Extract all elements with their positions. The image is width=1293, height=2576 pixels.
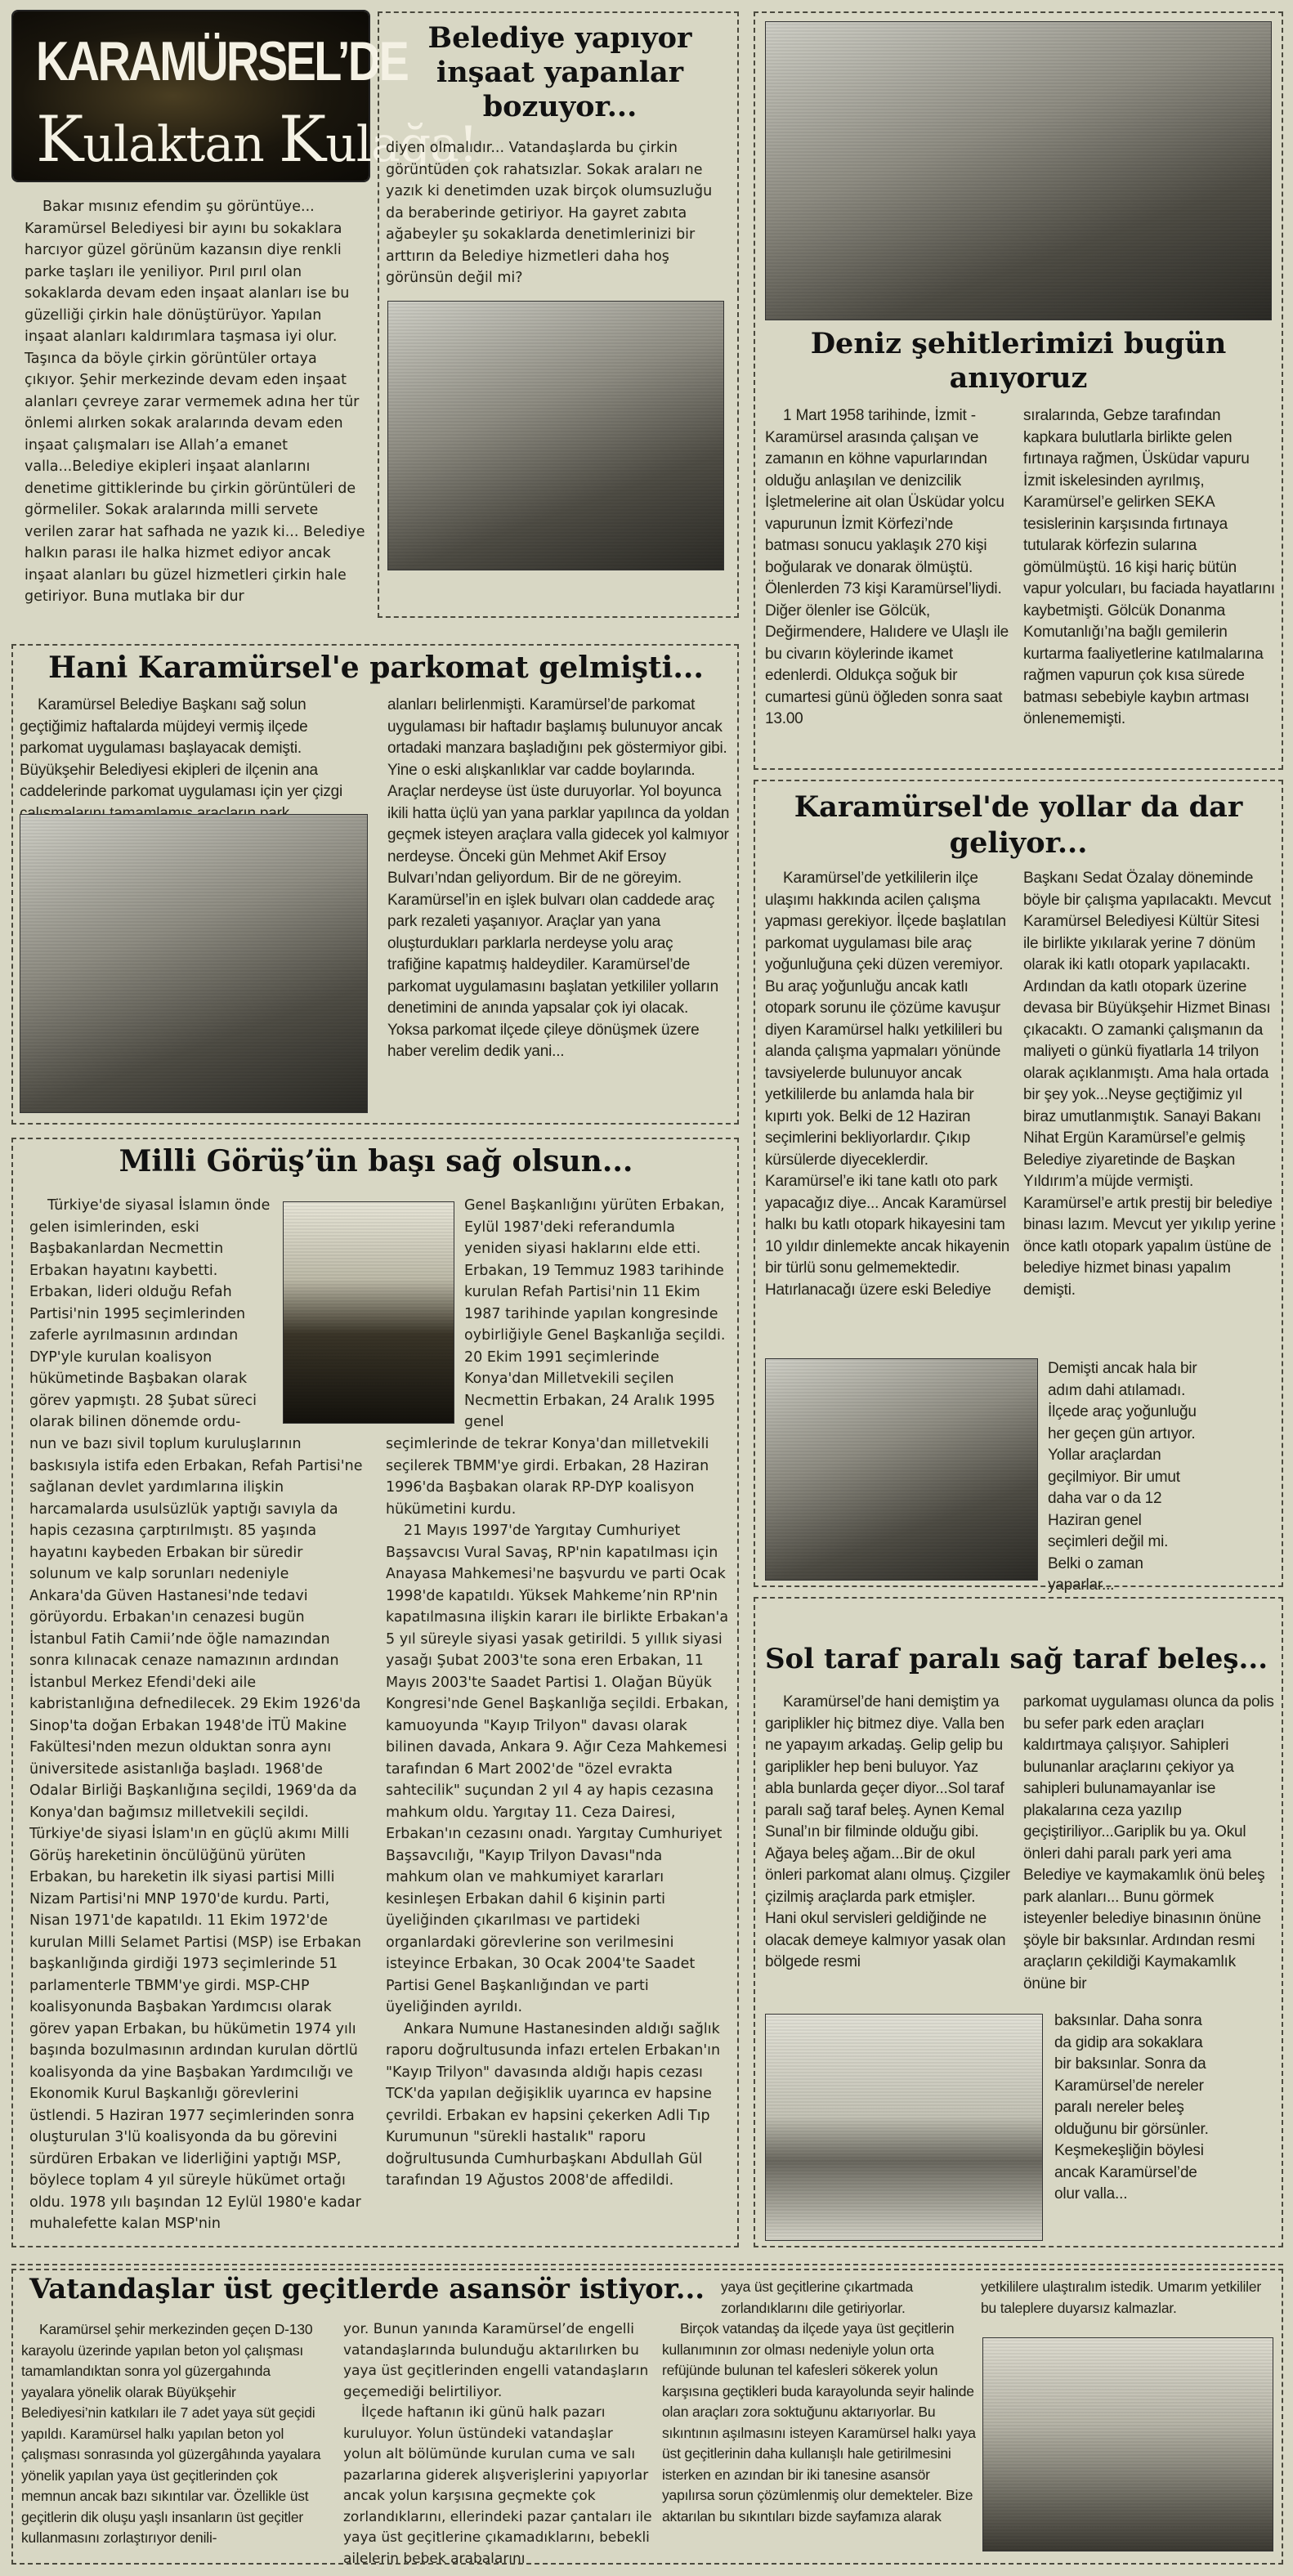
vatandas-col4: yetkililere ulaştıralım istedik. Umarım … (981, 2277, 1277, 2319)
erbakan-portrait-photo (283, 1201, 454, 1424)
deniz-col2: sıralarında, Gebze tarafından kapkara bu… (1023, 405, 1278, 731)
belediye-headline: Belediye yapıyor inşaat yapanlar bozuyor… (392, 21, 727, 124)
yollar-col3: Demişti ancak hala bir adım dahi atılama… (1048, 1358, 1203, 1597)
congested-street-cars-photo (765, 1358, 1038, 1581)
deniz-headline: Deniz şehitlerimizi bugün anıyoruz (768, 327, 1268, 396)
milli-col1-top: Türkiye'de siyasal İslamın önde gelen is… (29, 1195, 275, 1433)
newspaper-page: KARAMÜRSEL’DE Kulaktan Kulağa! Bakar mıs… (0, 0, 1293, 2576)
sol-col2: parkomat uygulaması olunca da polis bu s… (974, 1692, 1278, 1995)
deniz-col1: 1 Mart 1958 tarihinde, İzmit - Karamürse… (765, 405, 1010, 731)
yollar-col1: Karamürsel’de yetkililerin ilçe ulaşımı … (765, 868, 1010, 1301)
pedestrian-overpass-photo (982, 2337, 1273, 2551)
sol-headline: Sol taraf paralı sağ taraf beleş... (765, 1641, 1272, 1677)
parked-cars-apartment-photo (765, 2014, 1043, 2241)
yollar-headline: Karamürsel'de yollar da dar geliyor... (768, 789, 1268, 861)
construction-site-photo (387, 301, 724, 570)
vatandas-col1: Karamürsel şehir merkezinden geçen D-130… (21, 2319, 324, 2549)
busy-street-traffic-photo (20, 814, 368, 1113)
parkomat-col2: alanları belirlenmişti. Karamürsel’de pa… (387, 695, 731, 1063)
section-divider (11, 2264, 1283, 2265)
vatandas-col3: yaya üst geçitlerine çıkartmada zorlandı… (662, 2277, 981, 2527)
sol-col1: Karamürsel’de hani demiştim ya gariplikl… (765, 1692, 1010, 1974)
milli-col1-rest: nun ve bazı sivil toplum kuruluşlarının … (29, 1433, 365, 2235)
sol-col3: baksınlar. Daha sonra da gidip ara sokak… (1054, 2010, 1218, 2206)
parkomat-col1: Karamürsel Belediye Başkanı sağ solun ge… (20, 695, 366, 825)
milli-col2-rest: seçimlerinde de tekrar Konya'dan milletv… (386, 1433, 729, 2192)
masthead-title: KARAMÜRSEL’DE (36, 29, 407, 93)
parkomat-headline: Hani Karamürsel'e parkomat gelmişti... (25, 649, 727, 686)
milli-headline: Milli Görüş’ün başı sağ olsun... (25, 1143, 727, 1180)
belediye-body: diyen olmalıdır... Vatandaşlarda bu çirk… (386, 137, 729, 289)
vatandas-headline: Vatandaşlar üst geçitlerde asansör istiy… (29, 2270, 716, 2308)
memorial-ceremony-photo (765, 21, 1272, 320)
milli-col2-top: Genel Başkanlığını yürüten Erbakan, Eylü… (464, 1195, 729, 1433)
masthead-banner: KARAMÜRSEL’DE Kulaktan Kulağa! (13, 11, 369, 181)
yollar-col2: Başkanı Sedat Özalay döneminde böyle bir… (974, 868, 1278, 1301)
kulaktan-body: Bakar mısınız efendim şu görüntüye... Ka… (25, 196, 368, 608)
vatandas-col2: yor. Bunun yanında Karamürsel’de engelli… (343, 2319, 654, 2569)
